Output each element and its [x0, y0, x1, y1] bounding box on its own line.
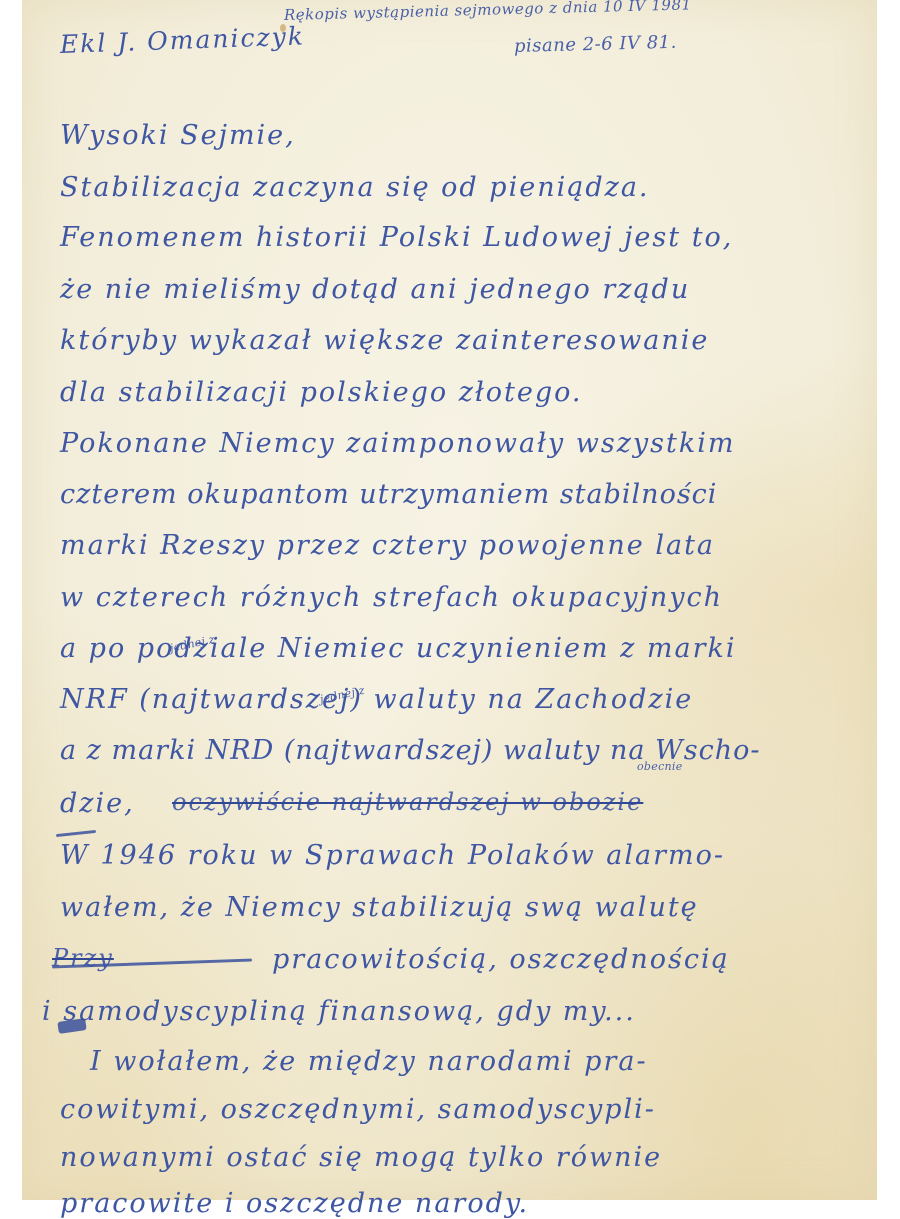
letter-line: Fenomenem historii Polski Ludowej jest t…	[60, 222, 733, 253]
salutation: Wysoki Sejmie,	[60, 120, 296, 151]
letter-line: wałem, że Niemcy stabilizują swą walutę	[60, 892, 699, 923]
letter-line: dla stabilizacji polskiego złotego.	[60, 377, 582, 408]
letter-line: Stabilizacja zaczyna się od pieniądza.	[60, 172, 650, 203]
strike-scribble	[57, 1018, 86, 1034]
letter-line: któryby wykazał większe zainteresowanie	[60, 325, 709, 356]
letter-line: Pokonane Niemcy zaimponowały wszystkim	[60, 428, 735, 459]
insertion-above-struck: obecnie	[637, 760, 683, 773]
letter-line: a po podziale Niemiec uczynieniem z mark…	[60, 633, 737, 664]
letter-line: W 1946 roku w Sprawach Polaków alarmo-	[60, 840, 725, 871]
letter-line: że nie mieliśmy dotąd ani jednego rządu	[60, 274, 690, 305]
letter-line: nowanymi ostać się mogą tylko równie	[60, 1142, 662, 1173]
letter-line: marki Rzeszy przez cztery powojenne lata	[60, 530, 715, 561]
header-note-line1: Rękopis wystąpienia sejmowego z dnia 10 …	[284, 0, 692, 24]
letter-line: w czterech różnych strefach okupacyjnych	[60, 582, 723, 613]
letter-line: i samodyscypliną finansową, gdy my...	[42, 996, 636, 1027]
letter-line: pracowitością, oszczędnością	[272, 944, 730, 975]
letter-line: cowitymi, oszczędnymi, samodyscypli-	[60, 1094, 656, 1125]
author-signature: Ekl J. Omaniczyk	[59, 21, 305, 59]
struck-text: oczywiście najtwardszej w obozie	[172, 788, 643, 816]
paper-sheet: Ekl J. Omaniczyk Rękopis wystąpienia sej…	[22, 0, 877, 1200]
letter-line: pracowite i oszczędne narody.	[60, 1188, 529, 1200]
letter-line: dzie,	[60, 788, 135, 819]
letter-line: NRF (najtwardszej) waluty na Zachodzie	[60, 684, 693, 715]
letter-line: czterem okupantom utrzymaniem stabilnośc…	[60, 479, 717, 510]
header-note-line2: pisane 2-6 IV 81.	[514, 32, 677, 57]
letter-line: I wołałem, że między narodami pra-	[90, 1046, 648, 1077]
strike-mark	[56, 830, 96, 837]
